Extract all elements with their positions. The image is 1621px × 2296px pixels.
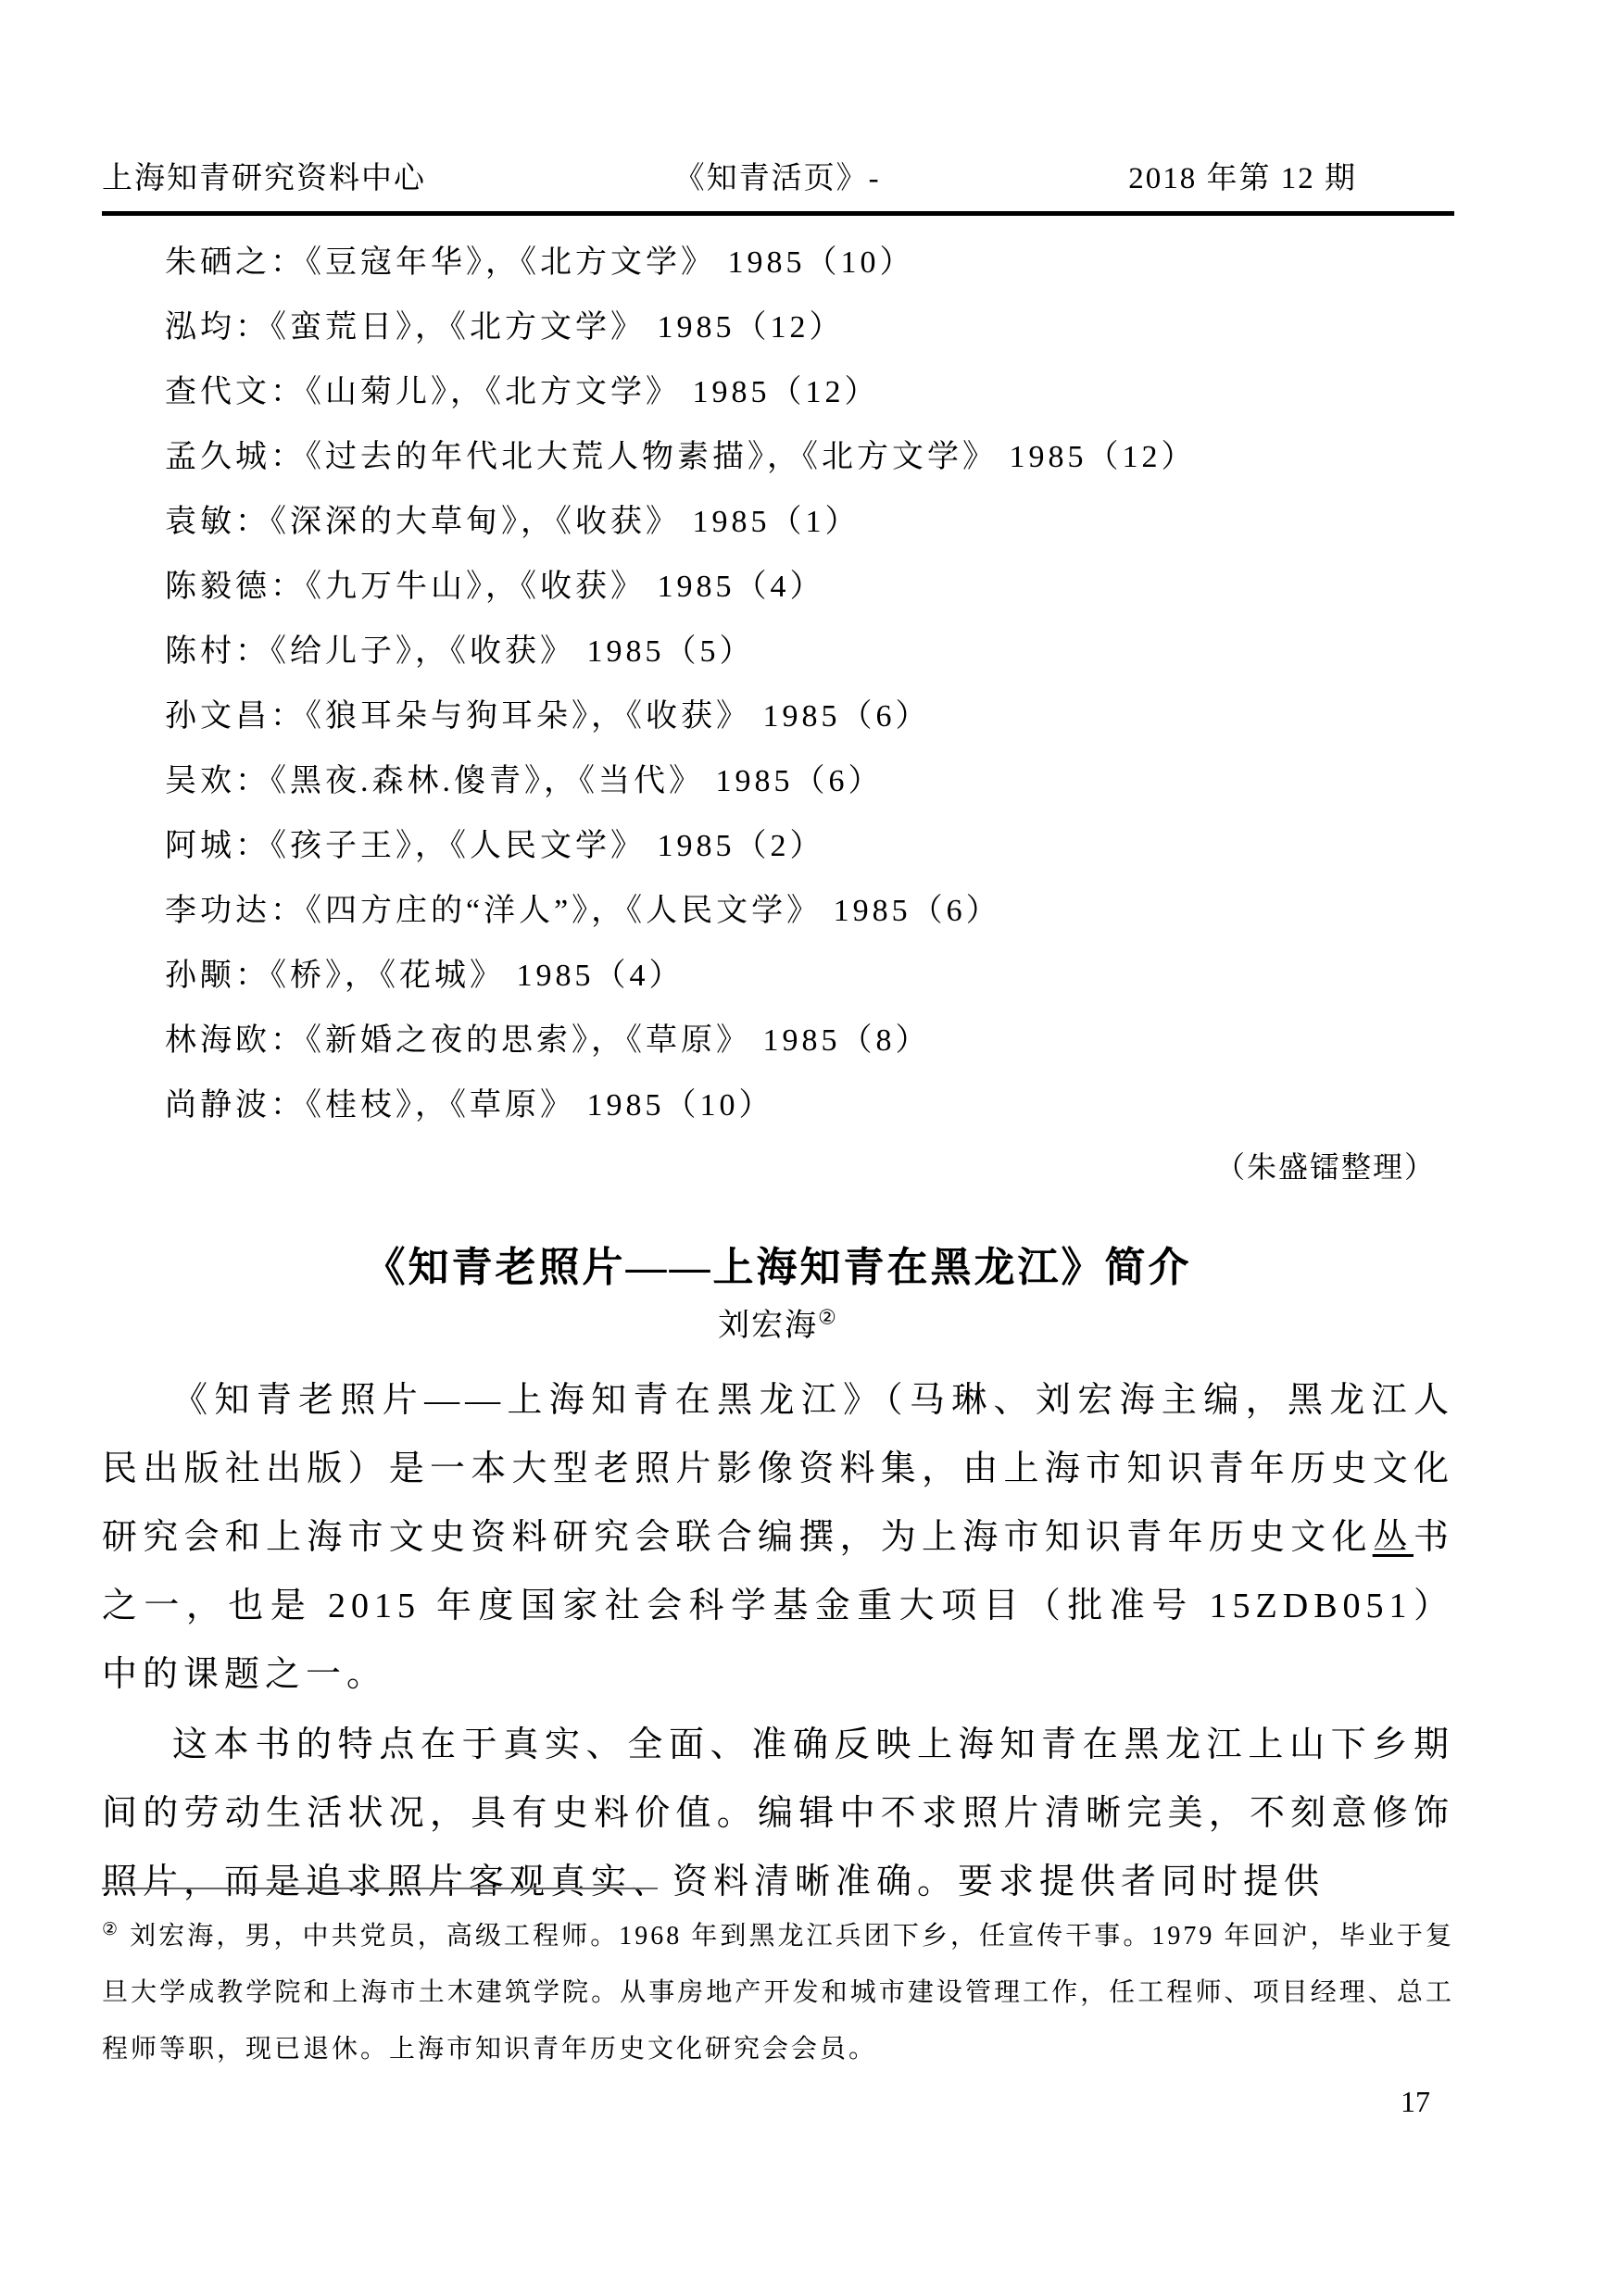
underlined-char: 丛 xyxy=(1373,1518,1414,1557)
work-item: 袁敏：《深深的大草甸》，《收获》 1985（1） xyxy=(102,490,1454,555)
header-rule xyxy=(102,211,1454,216)
document-page: 上海知青研究资料中心 《知青活页》- 2018 年第 12 期 朱硒之：《豆寇年… xyxy=(0,0,1621,2296)
page-content: 上海知青研究资料中心 《知青活页》- 2018 年第 12 期 朱硒之：《豆寇年… xyxy=(0,0,1621,1916)
work-item: 吴欢：《黑夜.森林.傻青》，《当代》 1985（6） xyxy=(102,749,1454,814)
page-number: 17 xyxy=(102,2083,1454,2120)
paragraph-1-text: 《知青老照片——上海知青在黑龙江》（马琳、刘宏海主编，黑龙江人民出版社出版）是一… xyxy=(102,1381,1454,1557)
work-item: 朱硒之：《豆寇年华》，《北方文学》 1985（10） xyxy=(102,231,1454,295)
footnote-text: 刘宏海，男，中共党员，高级工程师。1968 年到黑龙江兵团下乡，任宣传干事。19… xyxy=(102,1922,1454,2064)
work-item: 陈村：《给儿子》，《收获》 1985（5） xyxy=(102,620,1454,684)
footnote-separator xyxy=(102,1888,658,1889)
page-footer: ②刘宏海，男，中共党员，高级工程师。1968 年到黑龙江兵团下乡，任宣传干事。1… xyxy=(102,1888,1454,2120)
header-org-name: 上海知青研究资料中心 xyxy=(102,159,426,198)
page-header: 上海知青研究资料中心 《知青活页》- 2018 年第 12 期 xyxy=(102,0,1454,198)
paragraph-1: 《知青老照片——上海知青在黑龙江》（马琳、刘宏海主编，黑龙江人民出版社出版）是一… xyxy=(102,1366,1454,1709)
article-title: 《知青老照片——上海知青在黑龙江》简介 xyxy=(102,1242,1454,1294)
work-item: 泓均：《蛮荒日》，《北方文学》 1985（12） xyxy=(102,295,1454,360)
author-name: 刘宏海 xyxy=(718,1309,818,1343)
compiler-attribution: （朱盛镭整理） xyxy=(102,1148,1454,1186)
header-issue-info: 2018 年第 12 期 xyxy=(1128,159,1357,198)
work-item: 阿城：《孩子王》，《人民文学》 1985（2） xyxy=(102,814,1454,879)
work-item: 林海欧：《新婚之夜的思索》，《草原》 1985（8） xyxy=(102,1009,1454,1073)
works-list: 朱硒之：《豆寇年华》，《北方文学》 1985（10） 泓均：《蛮荒日》，《北方文… xyxy=(102,231,1454,1138)
work-item: 陈毅德：《九万牛山》，《收获》 1985（4） xyxy=(102,555,1454,620)
paragraph-2: 这本书的特点在于真实、全面、准确反映上海知青在黑龙江上山下乡期间的劳动生活状况，… xyxy=(102,1711,1454,1916)
work-item: 查代文：《山菊儿》，《北方文学》 1985（12） xyxy=(102,360,1454,425)
article-author: 刘宏海② xyxy=(102,1305,1454,1348)
author-footnote-marker: ② xyxy=(818,1306,838,1329)
work-item: 李功达：《四方庄的“洋人”》，《人民文学》 1985（6） xyxy=(102,879,1454,944)
work-item: 尚静波：《桂枝》，《草原》 1985（10） xyxy=(102,1073,1454,1138)
header-publication-title: 《知青活页》- xyxy=(674,159,881,198)
work-item: 孙文昌：《狼耳朵与狗耳朵》，《收获》 1985（6） xyxy=(102,684,1454,749)
work-item: 孟久城：《过去的年代北大荒人物素描》，《北方文学》 1985（12） xyxy=(102,425,1454,490)
work-item: 孙颙：《桥》，《花城》 1985（4） xyxy=(102,944,1454,1009)
footnote: ②刘宏海，男，中共党员，高级工程师。1968 年到黑龙江兵团下乡，任宣传干事。1… xyxy=(102,1908,1454,2077)
footnote-marker: ② xyxy=(102,1920,120,1939)
